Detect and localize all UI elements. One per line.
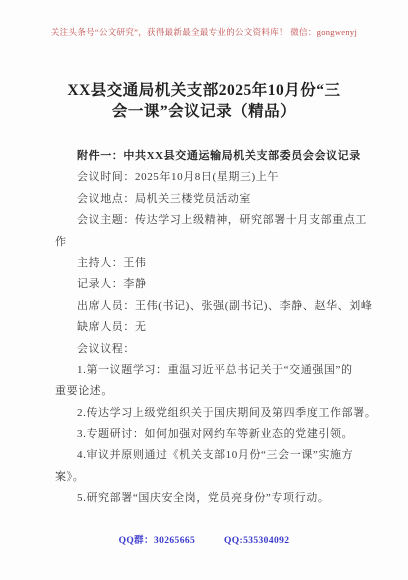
body-line: 记录人：李静 <box>55 274 357 295</box>
document-body: 附件一：中共XX县交通运输局机关支部委员会会议记录会议时间：2025年10月8日… <box>55 146 357 510</box>
body-line: 附件一：中共XX县交通运输局机关支部委员会会议记录 <box>55 146 357 167</box>
header-promo-text: 关注头条号“公文研究”，获得最新最全最专业的公文资料库！ 微信：gongweny… <box>0 26 408 38</box>
body-line: 3.专题研讨：如何加强对网约车等新业态的党建引领。 <box>55 424 357 445</box>
body-line: 主持人：王伟 <box>55 253 357 274</box>
body-line: 作 <box>55 232 357 253</box>
body-line: 会议地点：局机关三楼党员活动室 <box>55 189 357 210</box>
body-line: 1.第一议题学习：重温习近平总书记关于“交通强国”的 <box>55 360 357 381</box>
qq-number-text: QQ:535304092 <box>224 536 290 546</box>
body-line: 会议时间：2025年10月8日(星期三)上午 <box>55 167 357 188</box>
body-line: 5.研究部署“国庆安全岗，党员亮身份”专项行动。 <box>55 488 357 509</box>
document-title: XX县交通局机关支部2025年10月份“三 会一课”会议记录（精品） <box>30 80 378 122</box>
body-line: 案》。 <box>55 467 357 488</box>
document-page: 关注头条号“公文研究”，获得最新最全最专业的公文资料库！ 微信：gongweny… <box>0 0 408 580</box>
body-line: 出席人员：王伟(书记)、张强(副书记)、李静、赵华、刘峰 <box>55 296 357 317</box>
footer-contact: QQ群：30265665 QQ:535304092 <box>0 532 408 546</box>
body-line: 重要论述。 <box>55 381 357 402</box>
body-line: 2.传达学习上级党组织关于国庆期间及第四季度工作部署。 <box>55 403 357 424</box>
body-line: 缺席人员：无 <box>55 317 357 338</box>
title-line-2: 会一课”会议记录（精品） <box>30 101 378 122</box>
body-line: 会议议程： <box>55 339 357 360</box>
body-line: 会议主题：传达学习上级精神，研究部署十月支部重点工 <box>55 210 357 231</box>
body-line: 4.审议并原则通过《机关支部10月份“三会一课”实施方 <box>55 445 357 466</box>
title-line-1: XX县交通局机关支部2025年10月份“三 <box>30 80 378 101</box>
qq-group-text: QQ群：30265665 <box>119 536 196 546</box>
